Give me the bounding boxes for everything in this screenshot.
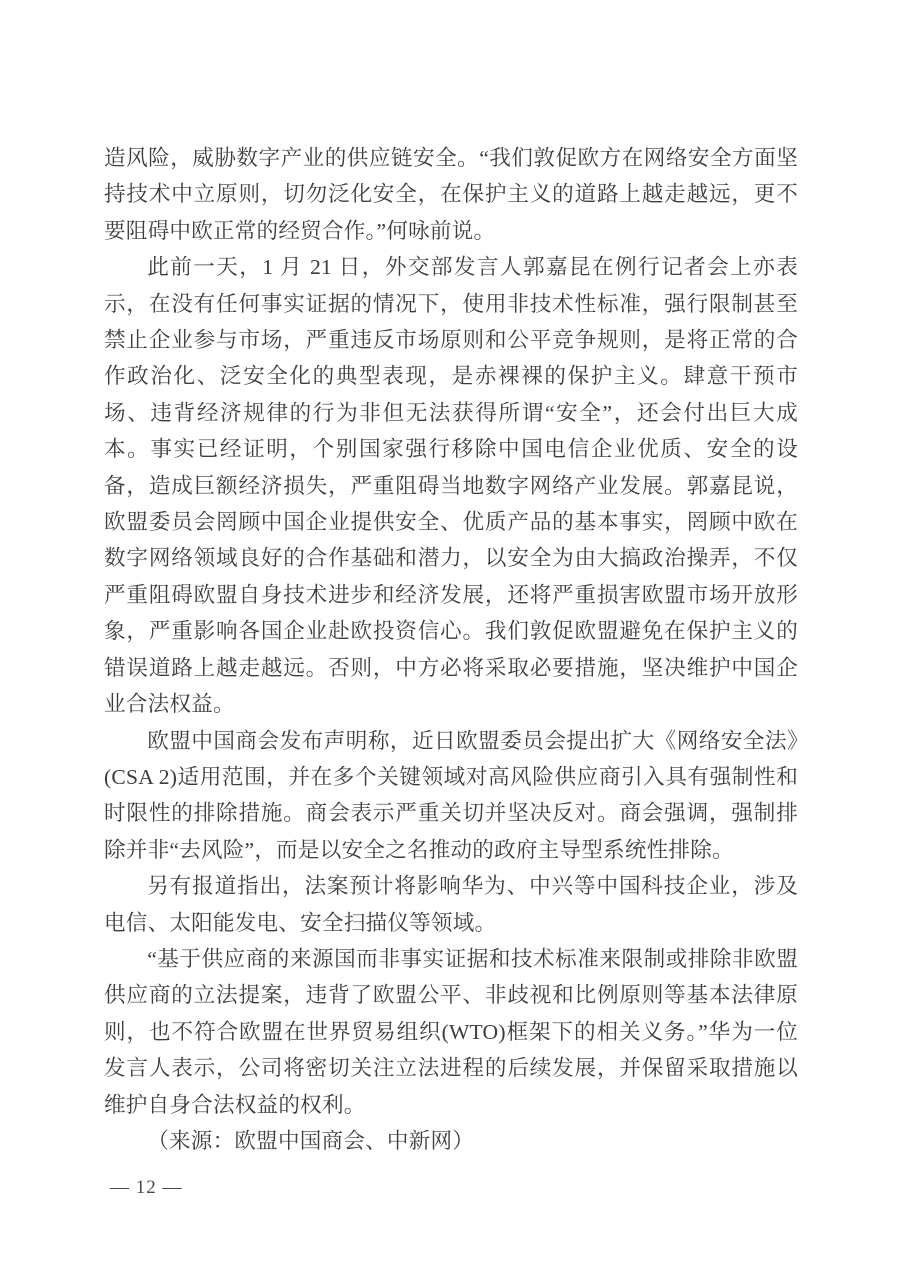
paragraph-huawei-statement: “基于供应商的来源国而非事实证据和技术标准来限制或排除非欧盟供应商的立法提案，违… [104,941,798,1123]
document-page: 造风险，威胁数字产业的供应链安全。“我们敦促欧方在网络安全方面坚持技术中立原则，… [0,0,900,1272]
paragraph-chamber-statement: 欧盟中国商会发布声明称，近日欧盟委员会提出扩大《网络安全法》(CSA 2)适用范… [104,723,798,869]
paragraph-source-line: （来源：欧盟中国商会、中新网） [104,1123,798,1159]
page-number: — 12 — [110,1176,183,1200]
paragraph-continuation: 造风险，威胁数字产业的供应链安全。“我们敦促欧方在网络安全方面坚持技术中立原则，… [104,140,798,249]
document-body: 造风险，威胁数字产业的供应链安全。“我们敦促欧方在网络安全方面坚持技术中立原则，… [104,140,798,1159]
paragraph-report-note: 另有报道指出，法案预计将影响华为、中兴等中国科技企业，涉及电信、太阳能发电、安全… [104,868,798,941]
paragraph-mofa-statement: 此前一天，1 月 21 日，外交部发言人郭嘉昆在例行记者会上亦表示，在没有任何事… [104,249,798,722]
